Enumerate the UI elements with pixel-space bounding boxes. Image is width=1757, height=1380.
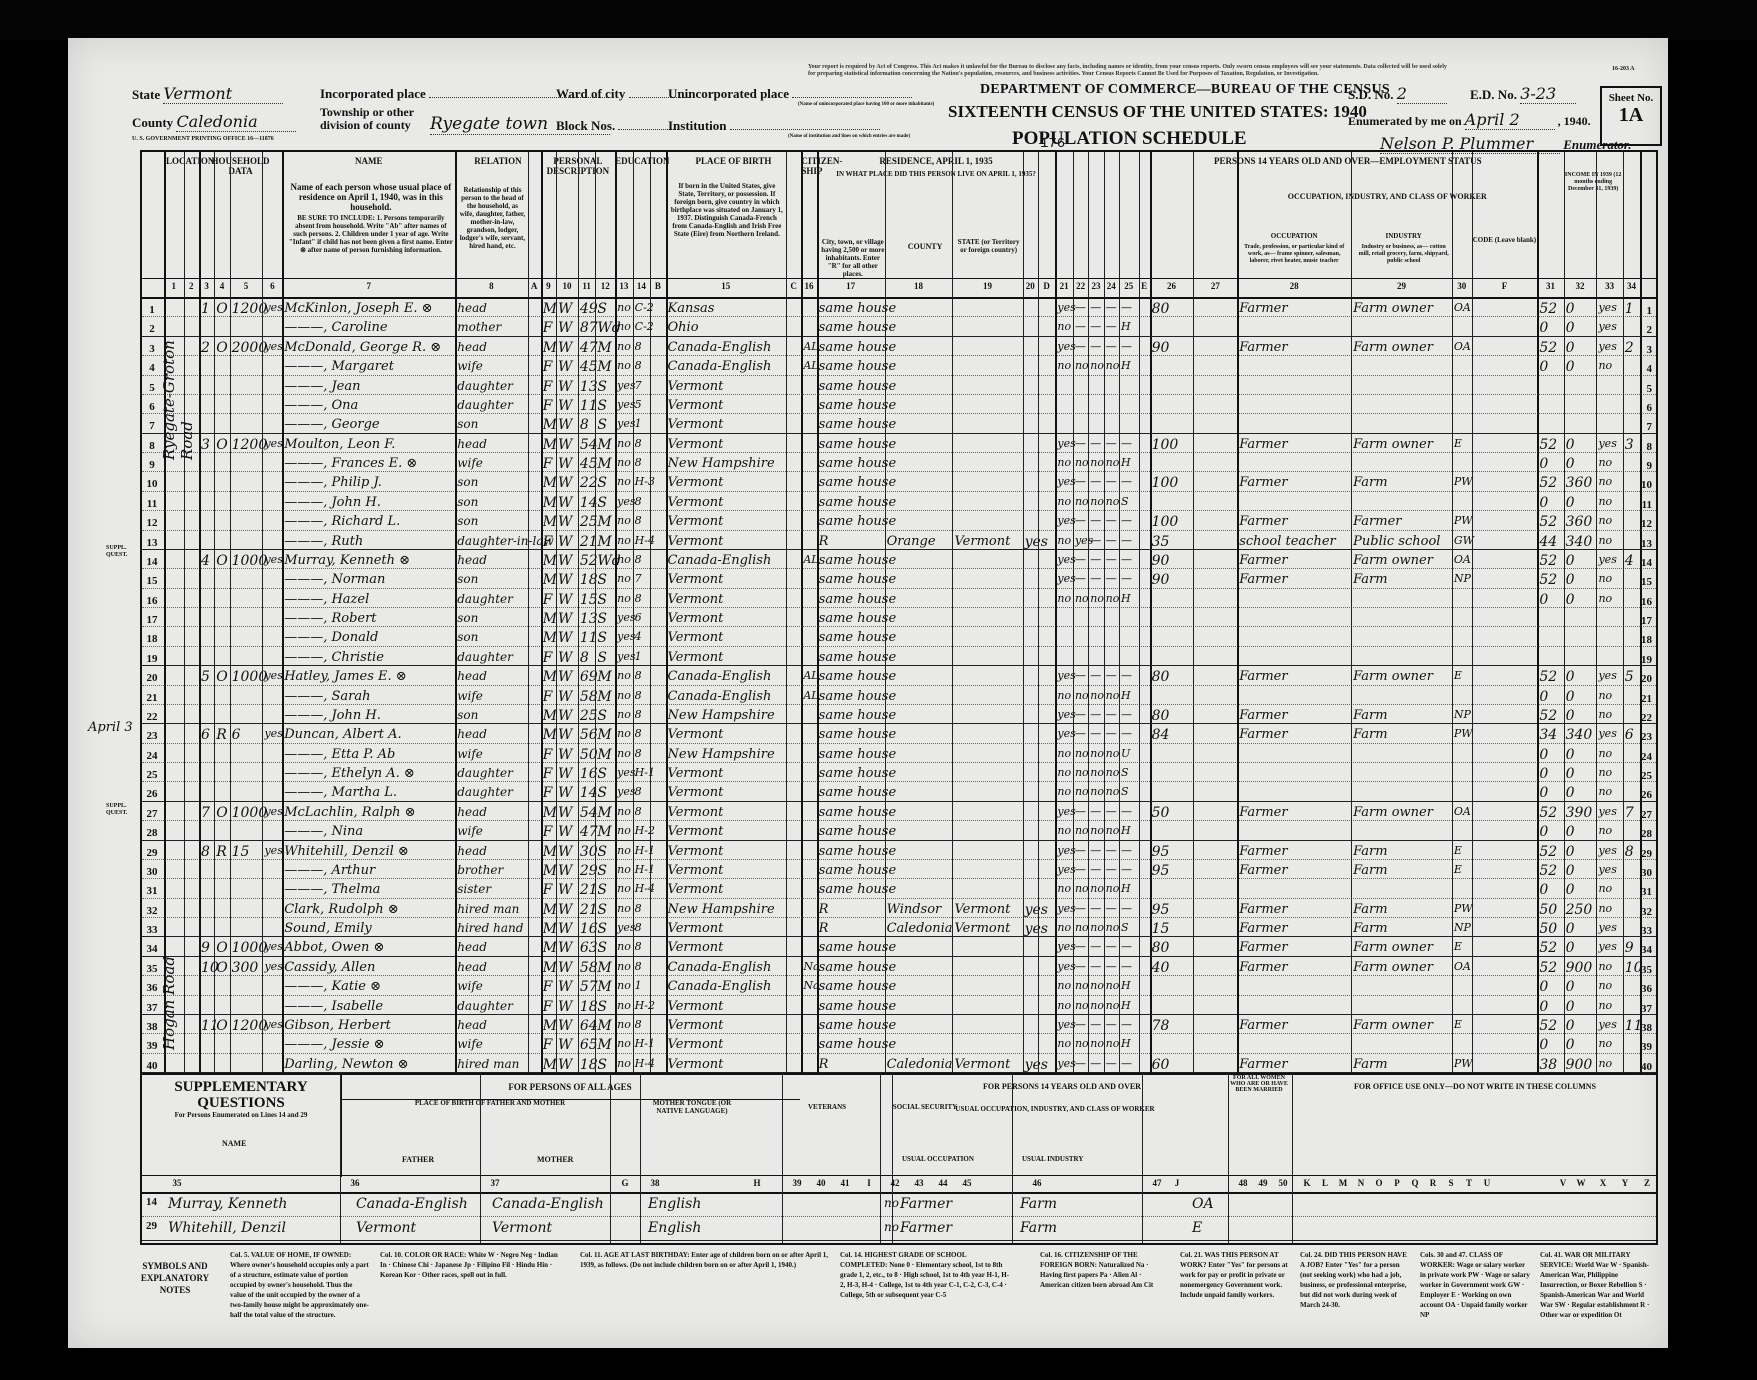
column-divider [1104, 152, 1105, 1073]
note-col16: Col. 16. CITIZENSHIP OF THE FOREIGN BORN… [1040, 1250, 1170, 1290]
cell-wks: 0 [1539, 1037, 1548, 1053]
line-number: 12 [144, 517, 160, 529]
table-header: LOCATIONHOUSEHOLD DATANAMERELATIONPERSON… [142, 152, 1656, 299]
cell-oth: no [1598, 882, 1612, 895]
line-number-right: 13 [1641, 538, 1652, 550]
supp-column-number: 46 [1022, 1178, 1052, 1188]
cell-farm: yes [264, 669, 282, 682]
cell-sex: M [543, 630, 557, 646]
cell-oth: no [1598, 747, 1612, 760]
cell-res: R [819, 534, 829, 549]
line-number: 25 [144, 769, 160, 781]
column-number: 7 [282, 281, 455, 291]
cell-name: ———, Jessie ⊗ [284, 1037, 384, 1052]
cell-wks: 52 [1539, 863, 1557, 879]
column-number: 24 [1104, 281, 1119, 291]
cell-name: ———, Philip J. [284, 475, 382, 490]
cell-cls: PW [1454, 514, 1473, 527]
cell-ind: Farm owner [1353, 940, 1433, 955]
cell-grade: 5 [635, 398, 642, 411]
cell-ind: Farm [1353, 475, 1387, 490]
cell-r24: — [1106, 902, 1117, 915]
column-number: 3 [199, 281, 214, 291]
table-row: 18———, DonaldsonMW11Syes4Vermontsame hou… [142, 627, 1656, 646]
institution-label: Institution [668, 118, 727, 133]
cell-mar: S [597, 475, 607, 491]
cell-mar: S [597, 572, 607, 588]
cell-rcounty: Orange [887, 534, 936, 549]
cell-name: ———, Katie ⊗ [284, 979, 381, 994]
cell-birth: Canada-English [668, 553, 772, 568]
cell-r25: H [1121, 824, 1131, 837]
cell-name: ———, George [284, 417, 379, 432]
cell-rel: head [457, 1018, 487, 1032]
table-row: 19———, ChristiedaughterFW8Syes1Vermontsa… [142, 647, 1656, 666]
cell-ind: Farm [1353, 863, 1387, 878]
cell-r21: no [1057, 785, 1071, 798]
cell-r23: — [1090, 844, 1101, 857]
cell-cls: OA [1454, 301, 1471, 314]
line-number: 27 [144, 808, 160, 820]
cell-rel: daughter [457, 592, 513, 606]
cell-cls: OA [1454, 805, 1471, 818]
cell-sex: F [543, 456, 553, 472]
line-number-right: 2 [1647, 324, 1653, 336]
cell-oth: no [1598, 824, 1612, 837]
cell-race: W [558, 495, 572, 511]
cell-name: ———, John H. [284, 708, 381, 723]
line-number-right: 14 [1641, 557, 1652, 569]
cell-r23: — [1090, 708, 1101, 721]
line-number: 7 [144, 420, 160, 432]
notes-symbols: SYMBOLS AND EXPLANATORY NOTES [140, 1260, 210, 1296]
cell-sch: no [617, 572, 631, 585]
gpo-line: U. S. GOVERNMENT PRINTING OFFICE 16—1187… [132, 136, 274, 142]
cell-occ: Farmer [1239, 553, 1287, 568]
cell-occ: Farmer [1239, 727, 1287, 742]
cell-sex: F [543, 979, 553, 995]
column-number: C [786, 281, 801, 291]
cell-oth: no [1598, 1057, 1612, 1070]
cell-grade: 8 [635, 747, 642, 760]
cell-r24: — [1106, 708, 1117, 721]
cell-wks: 0 [1539, 766, 1548, 782]
column-group-header: PERSONS 14 YEARS OLD AND OVER—EMPLOYMENT… [1055, 156, 1640, 166]
census-title: SIXTEENTH CENSUS OF THE UNITED STATES: 1… [948, 102, 1367, 122]
table-row: 3510O300yesCassidy, AllenheadMW58Mno8Can… [142, 957, 1656, 976]
cell-cls: OA [1454, 960, 1471, 973]
supp-column-number: Z [1632, 1178, 1662, 1188]
line-number: 30 [144, 866, 160, 878]
line-number: 26 [144, 788, 160, 800]
line-number-right: 34 [1641, 944, 1652, 956]
cell-wage: 0 [1566, 592, 1575, 608]
cell-r24: no [1106, 882, 1120, 895]
line-number-right: 36 [1641, 983, 1652, 995]
cell-farm: yes [264, 805, 282, 818]
column-divider [885, 152, 886, 1073]
cell-sex: F [543, 379, 553, 395]
cell-sex: F [543, 882, 553, 898]
cell-birth: Vermont [668, 437, 724, 452]
cell-sex: F [543, 359, 553, 375]
cell-birth: Vermont [668, 1057, 724, 1072]
cell-r25: H [1121, 592, 1131, 605]
cell-rel: wife [457, 979, 483, 993]
cell-hh: 7 [201, 805, 210, 821]
cell-farm: yes [264, 553, 282, 566]
cell-r21: no [1057, 747, 1071, 760]
line-number: 37 [144, 1002, 160, 1014]
cell-r22: — [1075, 475, 1086, 488]
cell-cls: E [1454, 940, 1462, 953]
line-number-right: 1 [1647, 305, 1653, 317]
cell-sex: M [543, 553, 557, 569]
cell-name: ———, Ethelyn A. ⊗ [284, 766, 415, 781]
table-row: 40Darling, Newton ⊗hired manMW18SnoH-4Ve… [142, 1054, 1656, 1073]
cell-birth: Vermont [668, 630, 724, 645]
column-divider [1623, 152, 1624, 1073]
cell-race: W [558, 534, 572, 550]
cell-sex: M [543, 960, 557, 976]
cell-r24: no [1106, 689, 1120, 702]
cell-r24: no [1106, 921, 1120, 934]
supp-cell-name: Whitehill, Denzil [168, 1220, 286, 1236]
cell-r21: no [1057, 592, 1071, 605]
cell-hh: 2 [201, 340, 210, 356]
supp-veterans: VETERANS [782, 1103, 872, 1111]
column-description: Name of each person whose usual place of… [289, 182, 453, 212]
cell-wage: 0 [1566, 456, 1575, 472]
column-divider [1452, 152, 1453, 1073]
cell-occ: school teacher [1239, 534, 1336, 549]
table-row: 26———, Martha L.daughterFW14Syes8Vermont… [142, 782, 1656, 801]
cell-occ: Farmer [1239, 437, 1287, 452]
cell-oth: no [1598, 495, 1612, 508]
cell-wage: 0 [1566, 340, 1575, 356]
cell-ind: Farm [1353, 902, 1387, 917]
cell-rel: wife [457, 456, 483, 470]
column-divider [556, 152, 557, 1073]
cell-cls: E [1454, 844, 1462, 857]
cell-r22: no [1075, 999, 1089, 1012]
line-number-right: 3 [1647, 344, 1653, 356]
cell-race: W [558, 553, 572, 569]
cell-r22: no [1075, 359, 1089, 372]
cell-rel: head [457, 940, 487, 954]
supp-row: 29Whitehill, DenzilVermontVermontEnglish… [142, 1217, 1656, 1241]
cell-birth: Vermont [668, 882, 724, 897]
cell-race: W [558, 592, 572, 608]
cell-r25: — [1121, 960, 1132, 973]
column-number: 29 [1351, 281, 1452, 291]
column-description: OCCUPATION [1239, 232, 1349, 240]
cell-race: W [558, 921, 572, 937]
cell-oth: yes [1598, 844, 1616, 857]
cell-sex: M [543, 844, 557, 860]
column-divider [1537, 152, 1539, 1073]
line-number-right: 8 [1647, 441, 1653, 453]
cell-oth: yes [1598, 921, 1616, 934]
line-number-right: 4 [1647, 363, 1653, 375]
cell-wks: 52 [1539, 669, 1557, 685]
cell-r23: — [1090, 514, 1101, 527]
line-number-right: 17 [1641, 615, 1652, 627]
cell-race: W [558, 669, 572, 685]
column-divider [595, 152, 596, 1073]
cell-race: W [558, 650, 572, 666]
supp-divider [1012, 1075, 1013, 1243]
column-number: 1 [164, 281, 184, 291]
cell-rel: head [457, 553, 487, 567]
street-name-bottom: Hogan Road [160, 930, 178, 1050]
column-number: A [528, 281, 541, 291]
cell-rel: sister [457, 882, 491, 896]
table-row: 3811O1200yesGibson, HerbertheadMW64Mno8V… [142, 1015, 1656, 1034]
cell-mar: M [597, 669, 611, 685]
cell-cls: PW [1454, 727, 1473, 740]
cell-wks: 0 [1539, 689, 1548, 705]
cell-r24: no [1106, 766, 1120, 779]
cell-wage: 0 [1566, 669, 1575, 685]
column-description: BE SURE TO INCLUDE: 1. Persons temporari… [289, 214, 453, 254]
line-number-right: 11 [1642, 499, 1652, 511]
cell-sch: no [617, 301, 631, 314]
cell-r21: no [1057, 534, 1071, 547]
table-row: 24———, Etta P. AbwifeFW50Mno8New Hampshi… [142, 744, 1656, 763]
cell-r24: no [1106, 592, 1120, 605]
enumerated-field: Enumerated by me on April 2 , 1940. [1348, 110, 1591, 130]
line-number: 19 [144, 653, 160, 665]
column-number: 22 [1073, 281, 1088, 291]
ed-label: E.D. No. [1470, 87, 1517, 102]
table-row: 277O1000yesMcLachlin, Ralph ⊗headMW54Mno… [142, 802, 1656, 821]
cell-mar: S [597, 650, 607, 666]
cell-wks: 0 [1539, 320, 1548, 336]
column-number: 30 [1452, 281, 1472, 291]
supp-divider [340, 1075, 341, 1243]
table-row: 17———, RobertsonMW13Syes6Vermontsame hou… [142, 608, 1656, 627]
enumerated-year: , 1940. [1558, 114, 1591, 128]
table-row: 83O1200yesMoulton, Leon F.headMW54Mno8Ve… [142, 434, 1656, 453]
cell-farmno: 6 [1625, 727, 1634, 743]
cell-wks: 52 [1539, 340, 1557, 356]
cell-r22: — [1075, 514, 1086, 527]
cell-occ: Farmer [1239, 340, 1287, 355]
cell-hrs: 80 [1152, 669, 1170, 685]
column-divider [615, 152, 617, 1073]
column-number: 14 [633, 281, 651, 291]
cell-value: 15 [232, 844, 250, 860]
cell-birth: Vermont [668, 785, 724, 800]
cell-sex: M [543, 437, 557, 453]
cell-mar: M [597, 960, 611, 976]
cell-oth: no [1598, 475, 1612, 488]
supplementary-title: SUPPLEMENTARY QUESTIONS [142, 1075, 340, 1111]
cell-r22: — [1075, 844, 1086, 857]
cell-r24: — [1106, 553, 1117, 566]
table-row: 2———, CarolinemotherFW87WdnoC-2Ohiosame … [142, 317, 1656, 336]
supp-divider [480, 1075, 481, 1243]
cell-name: ———, Thelma [284, 882, 380, 897]
cell-oth: no [1598, 514, 1612, 527]
cell-occ: Farmer [1239, 708, 1287, 723]
cell-wage: 0 [1566, 863, 1575, 879]
cell-r23: — [1090, 863, 1101, 876]
cell-name: ———, Isabelle [284, 999, 383, 1014]
cell-name: ———, Christie [284, 650, 384, 665]
column-number: 19 [952, 281, 1022, 291]
cell-grade: 8 [635, 437, 642, 450]
cell-birth: Vermont [668, 514, 724, 529]
cell-r21: no [1057, 999, 1071, 1012]
column-description: IN WHAT PLACE DID THIS PERSON LIVE ON AP… [821, 170, 1051, 178]
cell-race: W [558, 689, 572, 705]
cell-rel: wife [457, 747, 483, 761]
cell-cls: OA [1454, 340, 1471, 353]
cell-farmno: 9 [1625, 940, 1634, 956]
line-number: 35 [144, 963, 160, 975]
column-divider [1193, 152, 1194, 1073]
sheet-value: 1A [1602, 104, 1660, 127]
cell-name: Hatley, James E. ⊗ [284, 669, 406, 684]
table-row: 12———, Richard L.sonMW25Mno8Vermontsame … [142, 511, 1656, 530]
cell-hrs: 15 [1152, 921, 1170, 937]
cell-r22: — [1075, 902, 1086, 915]
cell-cls: NP [1454, 708, 1471, 721]
column-number: 16 [801, 281, 816, 291]
cell-occ: Farmer [1239, 863, 1287, 878]
line-number-right: 20 [1641, 673, 1652, 685]
cell-sch: no [617, 456, 631, 469]
cell-birth: Vermont [668, 805, 724, 820]
cell-birth: Canada-English [668, 979, 772, 994]
line-number: 23 [144, 730, 160, 742]
cell-r25: — [1121, 902, 1132, 915]
cell-birth: Canada-English [668, 340, 772, 355]
supp-divider [640, 1075, 641, 1243]
cell-birth: Canada-English [668, 359, 772, 374]
line-number: 9 [144, 459, 160, 471]
cell-hrs: 80 [1152, 708, 1170, 724]
cell-ind: Farm [1353, 727, 1387, 742]
cell-wage: 0 [1566, 708, 1575, 724]
column-number: 28 [1237, 281, 1351, 291]
cell-ind: Farm owner [1353, 960, 1433, 975]
column-divider [1139, 152, 1140, 1073]
cell-r22: no [1075, 689, 1089, 702]
line-number: 15 [144, 575, 160, 587]
cell-farmno: 1 [1625, 301, 1634, 317]
cell-wks: 52 [1539, 514, 1557, 530]
cell-grade: H-4 [635, 1057, 655, 1070]
cell-farmno: 2 [1625, 340, 1634, 356]
cell-r21: no [1057, 824, 1071, 837]
cell-mar: M [597, 437, 611, 453]
cell-race: W [558, 417, 572, 433]
line-number: 34 [144, 943, 160, 955]
column-description: INCOME IN 1939 (12 months ending Decembe… [1564, 172, 1623, 193]
table-row: 4———, MargaretwifeFW45Mno8Canada-English… [142, 356, 1656, 375]
cell-mar: S [597, 785, 607, 801]
cell-r25: H [1121, 1037, 1131, 1050]
table-row: 25———, Ethelyn A. ⊗daughterFW16SyesH-1Ve… [142, 763, 1656, 782]
cell-r25: — [1121, 708, 1132, 721]
supp-birth-parents: PLACE OF BIRTH OF FATHER AND MOTHER [340, 1099, 640, 1107]
line-number: 36 [144, 982, 160, 994]
cell-occ: Farmer [1239, 514, 1287, 529]
cell-wks: 0 [1539, 456, 1548, 472]
explanatory-notes: SYMBOLS AND EXPLANATORY NOTES Col. 5. VA… [110, 1250, 1660, 1335]
table-row: 7———, GeorgesonMW8Syes1Vermontsame house… [142, 414, 1656, 433]
supp-divider [1142, 1075, 1143, 1243]
cell-rel: son [457, 417, 478, 431]
cell-sex: F [543, 534, 553, 550]
cell-r22: no [1075, 456, 1089, 469]
line-number: 18 [144, 633, 160, 645]
cell-grade: H-1 [635, 1037, 655, 1050]
cell-age: 8 [580, 417, 589, 433]
cell-rel: daughter-in-law [457, 534, 554, 548]
cell-name: ———, Ruth [284, 534, 363, 549]
column-divider [455, 152, 457, 1073]
cell-r23: — [1090, 475, 1101, 488]
column-divider [650, 152, 651, 1073]
cell-r22: — [1075, 669, 1086, 682]
county-value: Caledonia [176, 112, 296, 132]
cell-occ: Farmer [1239, 805, 1287, 820]
cell-name: McDonald, George R. ⊗ [284, 340, 441, 355]
cell-sch: no [617, 727, 631, 740]
cell-sex: M [543, 708, 557, 724]
cell-ind: Farm [1353, 708, 1387, 723]
cell-wks: 52 [1539, 437, 1557, 453]
cell-ind: Farm owner [1353, 1018, 1433, 1033]
line-number: 39 [144, 1040, 160, 1052]
cell-oth: yes [1598, 1018, 1616, 1031]
cell-rel: head [457, 805, 487, 819]
cell-mar: S [597, 921, 607, 937]
cell-r23: no [1090, 747, 1104, 760]
column-divider [817, 152, 819, 1073]
column-divider [1055, 152, 1057, 1073]
cell-name: ———, Nina [284, 824, 363, 839]
column-number: E [1139, 281, 1150, 291]
cell-r24: — [1106, 844, 1117, 857]
cell-sch: no [617, 999, 631, 1012]
ed-value: 3-23 [1520, 84, 1576, 104]
cell-wks: 0 [1539, 785, 1548, 801]
cell-ind: Farm owner [1353, 301, 1433, 316]
column-divider [230, 152, 231, 1073]
cell-occ: Farmer [1239, 940, 1287, 955]
supp-office-only: FOR OFFICE USE ONLY—DO NOT WRITE IN THES… [1292, 1075, 1658, 1099]
ed-field: E.D. No. 3-23 [1470, 84, 1576, 104]
cell-name: ———, Donald [284, 630, 378, 645]
cell-race: W [558, 456, 572, 472]
column-divider [1038, 152, 1039, 1073]
cell-r22: — [1075, 320, 1086, 333]
cell-r22: — [1075, 1018, 1086, 1031]
cell-wage: 250 [1566, 902, 1593, 918]
cell-r22: no [1075, 592, 1089, 605]
cell-cls: PW [1454, 902, 1473, 915]
cell-r23: — [1090, 572, 1101, 585]
cell-birth: Vermont [668, 592, 724, 607]
supp-cell-line: 14 [146, 1196, 157, 1208]
cell-farm: yes [264, 940, 282, 953]
cell-grade: 8 [635, 514, 642, 527]
